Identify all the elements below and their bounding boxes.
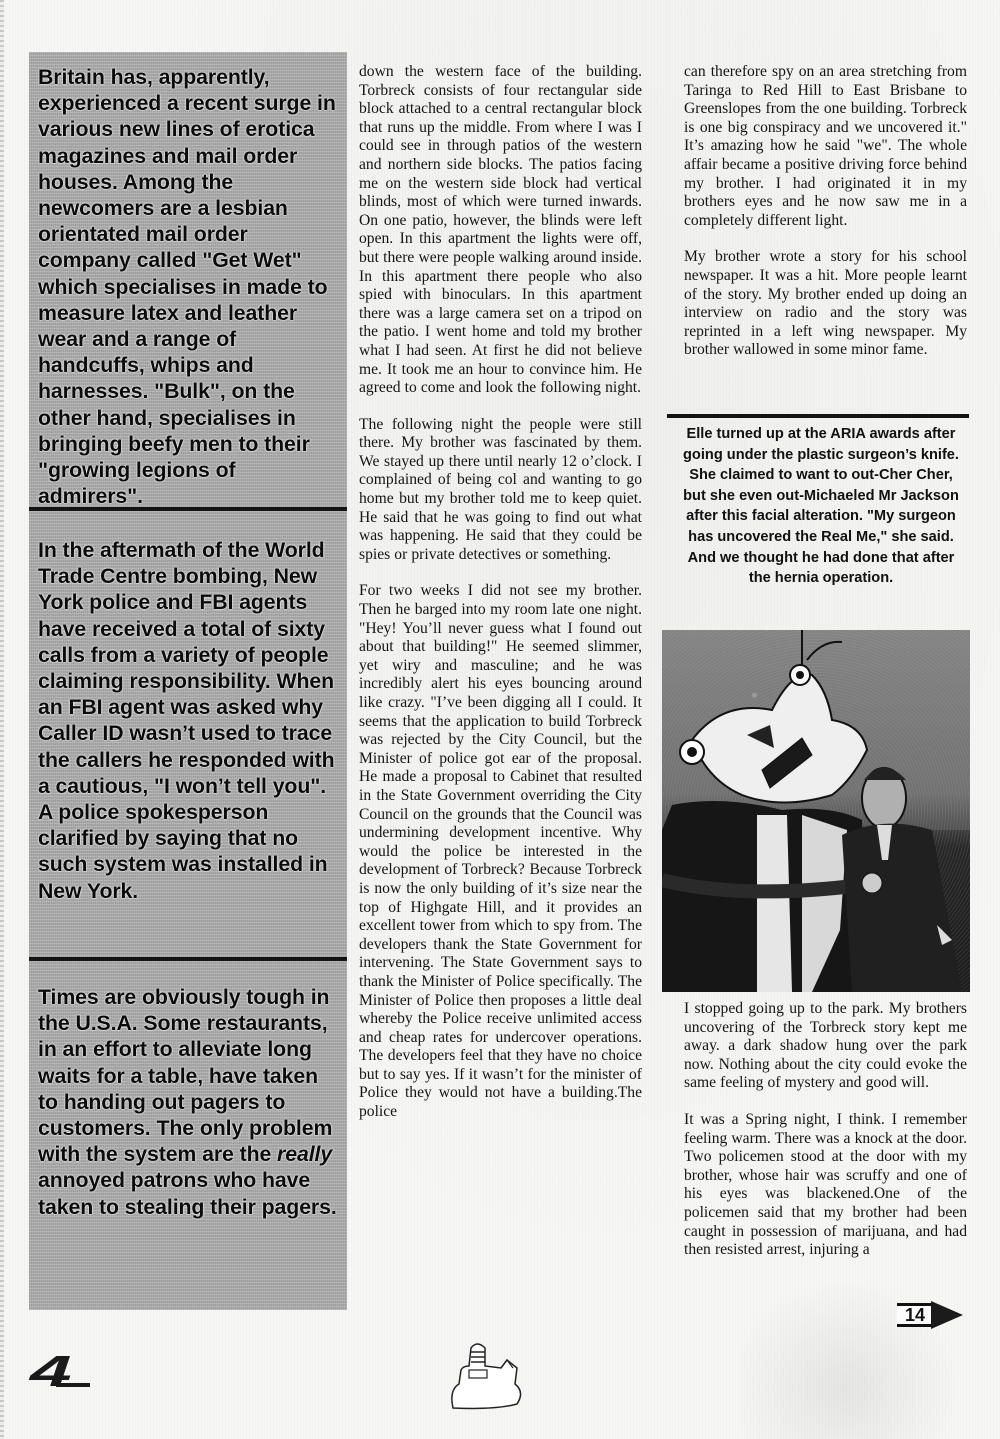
brief-text: Times are obviously tough in the U.S.A. …	[38, 985, 332, 1166]
continued-page-number: 14	[897, 1303, 933, 1327]
story-paragraph: For two weeks I did not see my brother. …	[359, 582, 642, 1121]
arrow-right-icon	[931, 1301, 963, 1329]
gossip-caption-elle: Elle turned up at the ARIA awards after …	[676, 424, 966, 589]
costume-photo	[662, 630, 970, 992]
brief-divider	[29, 957, 347, 961]
story-paragraph: I stopped going up to the park. My broth…	[684, 1000, 967, 1093]
story-paragraph: The following night the people were stil…	[359, 416, 642, 565]
page-number-underline	[56, 1383, 90, 1387]
story-paragraph: My brother wrote a story for his school …	[684, 248, 967, 360]
scan-edge	[0, 0, 4, 1439]
scan-smudge	[740, 1270, 970, 1439]
brief-wtc-bombing-calls: In the aftermath of the World Trade Cent…	[29, 537, 347, 904]
story-right-column-bottom: I stopped going up to the park. My broth…	[684, 1000, 967, 1278]
news-briefs-panel: Britain has, apparently, experienced a r…	[29, 52, 347, 1310]
story-paragraph: can therefore spy on an area stretching …	[684, 63, 967, 230]
sphinx-cartoon-icon	[445, 1340, 535, 1412]
brief-divider	[29, 507, 347, 511]
section-rule	[667, 414, 969, 418]
story-middle-column: down the western face of the building. T…	[359, 63, 642, 1140]
story-paragraph: It was a Spring night, I think. I rememb…	[684, 1111, 967, 1260]
brief-erotica-mail-order: Britain has, apparently, experienced a r…	[29, 64, 347, 509]
brief-restaurant-pagers: Times are obviously tough in the U.S.A. …	[29, 984, 347, 1220]
brief-emphasis: really	[277, 1142, 332, 1166]
continued-on-marker[interactable]: 14	[897, 1303, 967, 1329]
story-right-column-top: can therefore spy on an area stretching …	[684, 63, 967, 378]
story-paragraph: down the western face of the building. T…	[359, 63, 642, 398]
photo-illustration	[662, 630, 970, 992]
brief-text: annoyed patrons who have taken to steali…	[38, 1168, 337, 1218]
